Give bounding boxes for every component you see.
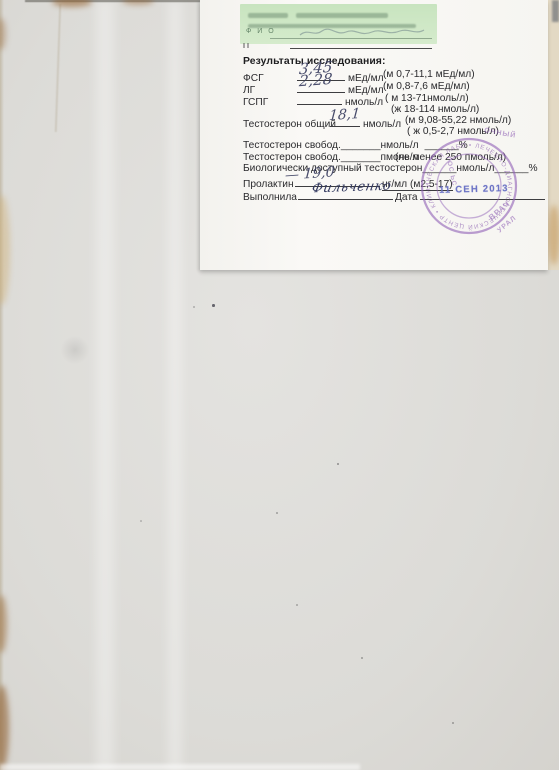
yellow-stain <box>0 195 10 305</box>
reference-range: (м 0,7-11,1 мЕд/мл) <box>383 69 475 81</box>
dust-speck <box>361 657 363 659</box>
dust-speck <box>452 722 454 724</box>
fio-label: Ф И О <box>246 28 276 35</box>
handwritten-signature: Фильченко <box>311 180 393 195</box>
analyte-label: Тестостерон свобод. <box>243 152 341 163</box>
analyte-label: Тестостерон общий <box>243 119 330 131</box>
faint-mark <box>243 43 245 48</box>
handwritten-name-scrawl <box>298 26 426 40</box>
dust-speck <box>337 463 339 465</box>
results-title: Результаты исследования: <box>243 56 555 68</box>
faint-printed-line <box>296 13 388 18</box>
rust-stain <box>0 18 6 50</box>
value-line: 2,28 <box>297 81 345 93</box>
green-header-block: Ф И О <box>240 4 437 44</box>
page-left-edge <box>0 0 4 770</box>
rust-stain <box>548 205 559 265</box>
page-bottom-edge <box>0 764 360 770</box>
dust-speck <box>276 512 278 514</box>
blank-underline <box>290 48 432 49</box>
value-line: 18,1 <box>330 115 360 127</box>
value-line <box>297 93 342 105</box>
blank-line: _______ <box>341 152 381 163</box>
faint-printed-line <box>248 13 288 18</box>
blank-line: _______ <box>341 140 381 151</box>
handwritten-value: 2,28 <box>299 72 333 86</box>
date-stamp: 11 СЕН 2013 <box>439 183 509 196</box>
dust-speck <box>193 306 195 308</box>
analyte-label: ГСПГ <box>243 97 297 109</box>
handwritten-value: 18,1 <box>329 107 361 121</box>
scan-corner-shadow <box>552 0 559 22</box>
reference-range: ( м 13-71нмоль/л) <box>385 93 469 105</box>
paper-crease <box>55 4 61 132</box>
rust-stain <box>0 595 7 653</box>
reference-range: (м 0,8-7,6 мЕд/мл) <box>383 81 470 93</box>
faint-mark <box>247 43 249 48</box>
dust-speck <box>212 304 215 307</box>
rust-stain <box>122 0 154 5</box>
gray-smudge <box>60 336 90 364</box>
performed-label: Выполнила <box>243 192 298 204</box>
scanner-light-streak <box>96 0 114 770</box>
handwritten-value: — 19,0 <box>285 166 335 182</box>
dust-speck <box>296 604 298 606</box>
rust-stain <box>0 685 9 770</box>
dust-speck <box>140 520 142 522</box>
scanner-light-streak <box>168 0 182 770</box>
rust-stain <box>52 0 92 7</box>
signature-line: Фильченко <box>298 188 393 200</box>
analyte-label: Тестостерон свобод. <box>243 140 341 151</box>
